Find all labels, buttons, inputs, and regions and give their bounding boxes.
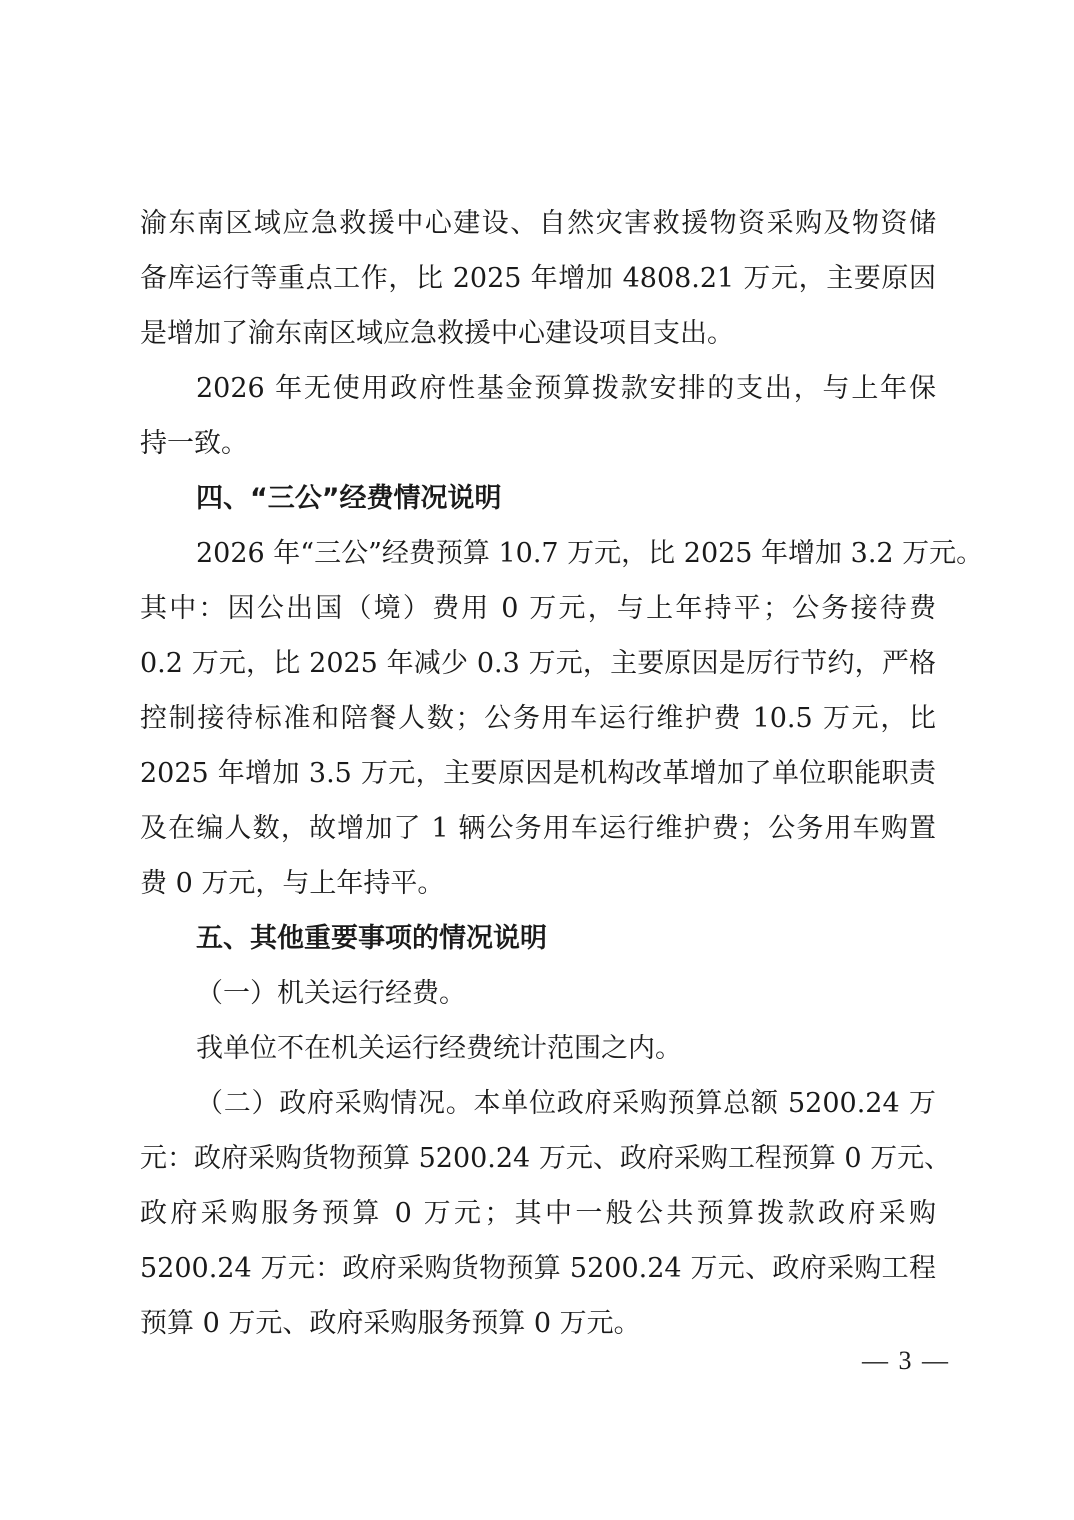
paragraph-three-public-expenses: 2026 年“三公”经费预算 10.7 万元，比 2025 年增加 3.2 万元…: [140, 526, 936, 911]
text-line: 2026 年无使用政府性基金预算拨款安排的支出，与上年保: [140, 361, 936, 416]
text-line: 元：政府采购货物预算 5200.24 万元、政府采购工程预算 0 万元、: [140, 1131, 936, 1186]
text-line: 0.2 万元，比 2025 年减少 0.3 万元，主要原因是厉行节约，严格: [140, 636, 936, 691]
section-heading-three-public-expenses: 四、“三公”经费情况说明: [140, 471, 936, 526]
text-line: 2025 年增加 3.5 万元，主要原因是机构改革增加了单位职能职责: [140, 746, 936, 801]
paragraph-government-fund: 2026 年无使用政府性基金预算拨款安排的支出，与上年保 持一致。: [140, 361, 936, 471]
text-line: 预算 0 万元、政府采购服务预算 0 万元。: [140, 1296, 936, 1351]
text-line: 其中：因公出国（境）费用 0 万元，与上年持平；公务接待费: [140, 581, 936, 636]
text-line: 备库运行等重点工作，比 2025 年增加 4808.21 万元，主要原因: [140, 251, 936, 306]
document-page: 渝东南区域应急救援中心建设、自然灾害救援物资采购及物资储 备库运行等重点工作，比…: [140, 196, 936, 1351]
subheading-operating-expenses: （一）机关运行经费。: [140, 966, 936, 1021]
text-line: 渝东南区域应急救援中心建设、自然灾害救援物资采购及物资储: [140, 196, 936, 251]
text-line: 2026 年“三公”经费预算 10.7 万元，比 2025 年增加 3.2 万元…: [140, 526, 936, 581]
text-line: 控制接待标准和陪餐人数；公务用车运行维护费 10.5 万元，比: [140, 691, 936, 746]
text-line: 及在编人数，故增加了 1 辆公务用车运行维护费；公务用车购置: [140, 801, 936, 856]
text-line: 是增加了渝东南区域应急救援中心建设项目支出。: [140, 306, 936, 361]
text-line: （二）政府采购情况。本单位政府采购预算总额 5200.24 万: [140, 1076, 936, 1131]
text-line: 5200.24 万元：政府采购货物预算 5200.24 万元、政府采购工程: [140, 1241, 936, 1296]
paragraph-budget-increase: 渝东南区域应急救援中心建设、自然灾害救援物资采购及物资储 备库运行等重点工作，比…: [140, 196, 936, 361]
page-number: — 3 —: [862, 1346, 950, 1376]
text-line: 费 0 万元，与上年持平。: [140, 856, 936, 911]
text-line: 持一致。: [140, 416, 936, 471]
section-heading-other-matters: 五、其他重要事项的情况说明: [140, 911, 936, 966]
paragraph-operating-expenses: 我单位不在机关运行经费统计范围之内。: [140, 1021, 936, 1076]
text-line: 政府采购服务预算 0 万元；其中一般公共预算拨款政府采购: [140, 1186, 936, 1241]
text-line: 我单位不在机关运行经费统计范围之内。: [140, 1021, 936, 1076]
paragraph-government-procurement: （二）政府采购情况。本单位政府采购预算总额 5200.24 万 元：政府采购货物…: [140, 1076, 936, 1351]
